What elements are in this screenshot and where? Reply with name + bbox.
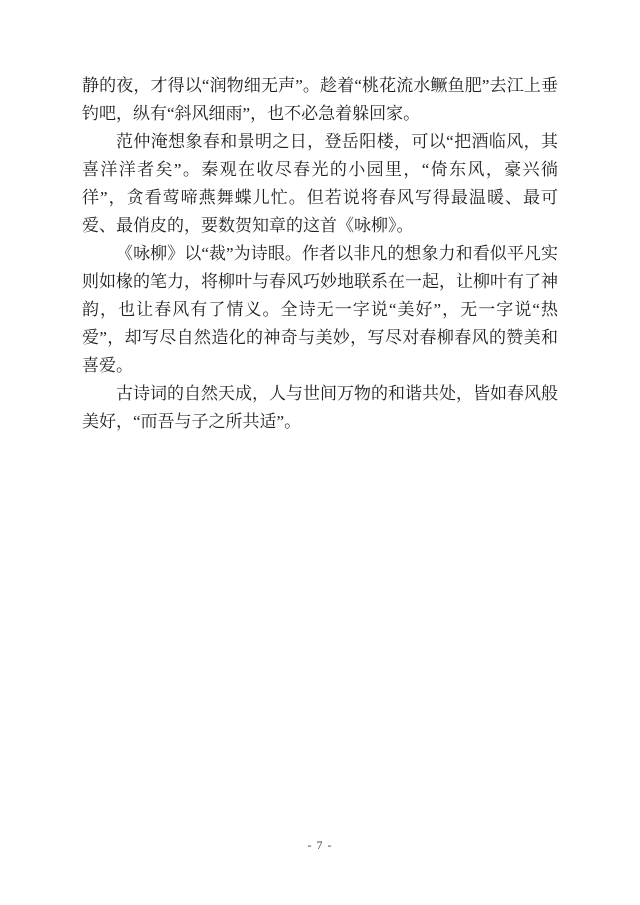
paragraph: 静的夜，才得以“润物细无声”。趁着“桃花流水鳜鱼肥”去江上垂钓吧，纵有“斜风细雨… [82,72,558,128]
paragraph: 范仲淹想象春和景明之日，登岳阳楼，可以“把酒临风，其喜洋洋者矣”。秦观在收尽春光… [82,128,558,240]
paragraph: 《咏柳》以“裁”为诗眼。作者以非凡的想象力和看似平凡实则如椽的笔力，将柳叶与春风… [82,240,558,380]
page-number: - 7 - [0,838,640,853]
document-page: 静的夜，才得以“润物细无声”。趁着“桃花流水鳜鱼肥”去江上垂钓吧，纵有“斜风细雨… [0,0,640,905]
paragraph: 古诗词的自然天成，人与世间万物的和谐共处，皆如春风般美好，“而吾与子之所共适”。 [82,380,558,436]
body-text: 静的夜，才得以“润物细无声”。趁着“桃花流水鳜鱼肥”去江上垂钓吧，纵有“斜风细雨… [82,72,558,436]
